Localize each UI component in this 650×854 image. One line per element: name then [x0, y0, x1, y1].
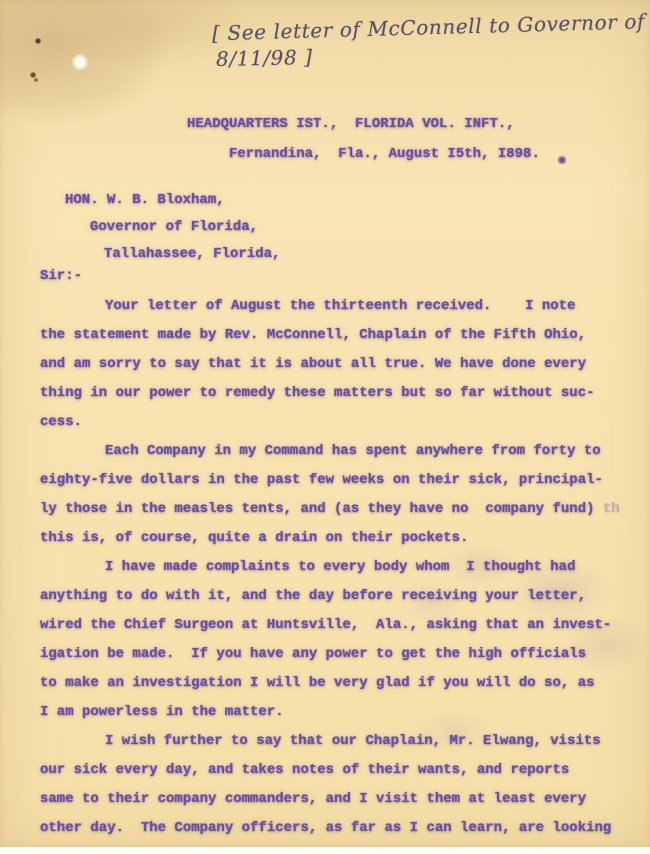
recipient-city: Tallahassee, Florida,: [104, 246, 280, 262]
body-line: thing in our power to remedy these matte…: [40, 379, 625, 408]
body-line: anything to do with it, and the day befo…: [40, 582, 625, 611]
letter-page: [ See letter of McConnell to Governor of…: [0, 0, 650, 847]
body-line: cess.: [40, 408, 625, 437]
body-line: and am sorry to say that it is about all…: [40, 350, 625, 379]
body-line-text: ly those in the measles tents, and (as t…: [40, 501, 595, 517]
handwritten-annotation-line-1: [ See letter of McConnell to Governor of…: [212, 7, 650, 46]
body-line: I wish further to say that our Chaplain,…: [40, 727, 625, 756]
body-line: this is, of course, quite a drain on the…: [40, 524, 625, 553]
letter-body: Your letter of August the thirteenth rec…: [40, 292, 625, 843]
body-line: to make an investigation I will be very …: [40, 669, 625, 698]
letterhead-line-1: HEADQUARTERS IST., FLORIDA VOL. INFT.,: [187, 116, 515, 132]
faded-typo-fragment: th: [595, 501, 620, 517]
body-line: igation be made. If you have any power t…: [40, 640, 625, 669]
body-line: our sick every day, and takes notes of t…: [40, 756, 625, 785]
body-line: ly those in the measles tents, and (as t…: [40, 495, 625, 524]
recipient-name: HON. W. B. Bloxham,: [65, 192, 225, 208]
body-line: Each Company in my Command has spent any…: [40, 437, 625, 466]
body-line: Your letter of August the thirteenth rec…: [40, 292, 625, 321]
recipient-title: Governor of Florida,: [90, 219, 258, 235]
letterhead-date-line: Fernandina, Fla., August I5th, I898.: [229, 146, 540, 162]
salutation: Sir:-: [40, 268, 82, 284]
body-line: eighty-five dollars in the past few week…: [40, 466, 625, 495]
body-line: wired the Chief Surgeon at Huntsville, A…: [40, 611, 625, 640]
body-line: other day. The Company officers, as far …: [40, 814, 625, 843]
body-line: I am powerless in the matter.: [40, 698, 625, 727]
body-line: same to their company commanders, and I …: [40, 785, 625, 814]
handwritten-annotation-line-2: 8/11/98 ]: [216, 45, 313, 71]
body-line: the statement made by Rev. McConnell, Ch…: [40, 321, 625, 350]
body-line: I have made complaints to every body who…: [40, 553, 625, 582]
